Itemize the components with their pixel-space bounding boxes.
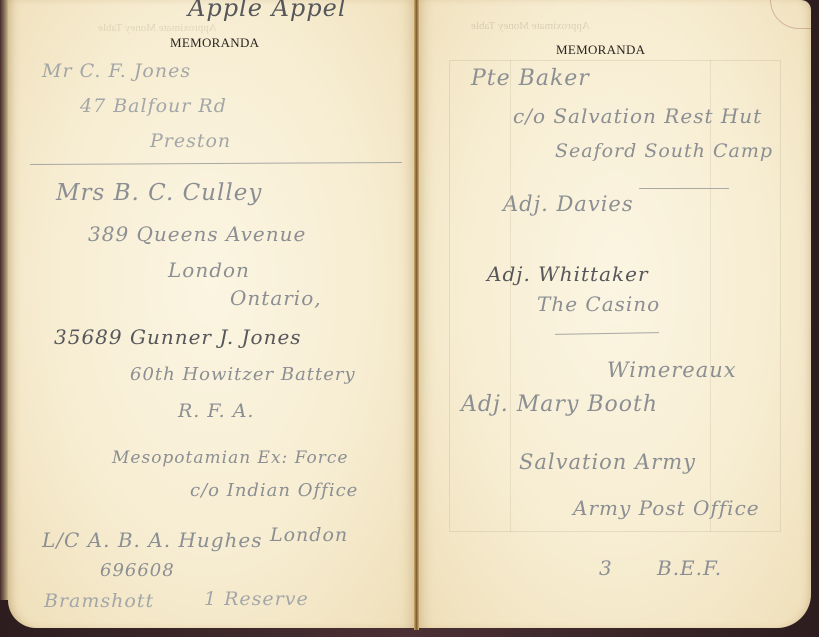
entry-3-regiment: R. F. A.: [178, 400, 254, 422]
entry-2-name: Mrs B. C. Culley: [56, 180, 262, 206]
entry-4-number: 696608: [100, 560, 175, 581]
entry-4-camp: Bramshott: [44, 590, 154, 612]
spine-edge: [0, 0, 8, 600]
entry-2-province: Ontario,: [230, 286, 322, 310]
entry-1-name: Mr C. F. Jones: [42, 60, 191, 82]
entry-4-unit: 1 Reserve: [204, 588, 309, 610]
entry-3-town: Wimereaux: [607, 358, 737, 382]
entry-4-place: London: [270, 524, 348, 546]
header-note: Apple Appel: [188, 0, 347, 22]
left-page: Approximate Money Table Apple Appel MEMO…: [8, 0, 414, 628]
page-heading: MEMORANDA: [556, 42, 645, 58]
entry-1-care-of: c/o Salvation Rest Hut: [513, 104, 762, 128]
divider-line: [30, 162, 402, 165]
entry-4-organisation: Salvation Army: [519, 450, 696, 474]
entry-4-name: L/C A. B. A. Hughes: [42, 528, 263, 552]
page-heading: MEMORANDA: [170, 35, 259, 51]
entry-4-force: B.E.F.: [657, 556, 722, 580]
entry-2-city: London: [168, 258, 250, 282]
entry-4-number: 3: [599, 556, 613, 580]
entry-3-unit: 60th Howitzer Battery: [130, 364, 356, 385]
entry-1-city: Preston: [150, 130, 231, 152]
entry-4-post-office: Army Post Office: [573, 496, 760, 520]
show-through-text: Approximate Money Table: [471, 20, 590, 32]
entry-3-venue: The Casino: [537, 292, 660, 316]
notebook: Approximate Money Table Apple Appel MEMO…: [0, 0, 819, 637]
entry-2-street: 389 Queens Avenue: [88, 222, 306, 246]
entry-3-care-of: c/o Indian Office: [190, 480, 358, 501]
entry-2-name: Adj. Davies: [503, 192, 634, 216]
right-page: Approximate Money Table MEMORANDA Pte Ba…: [419, 0, 811, 628]
entry-1-name: Pte Baker: [471, 66, 590, 91]
show-through-text: Approximate Money Table: [98, 22, 217, 34]
entry-4-name: Adj. Mary Booth: [461, 392, 658, 417]
divider-line: [639, 188, 729, 189]
page-stain: [770, 0, 811, 29]
entry-1-street: 47 Balfour Rd: [80, 95, 227, 117]
entry-3-force: Mesopotamian Ex: Force: [112, 448, 349, 468]
entry-3-name: Adj. Whittaker: [487, 262, 649, 286]
entry-1-camp: Seaford South Camp: [555, 140, 773, 162]
entry-3-name: 35689 Gunner J. Jones: [54, 325, 302, 349]
